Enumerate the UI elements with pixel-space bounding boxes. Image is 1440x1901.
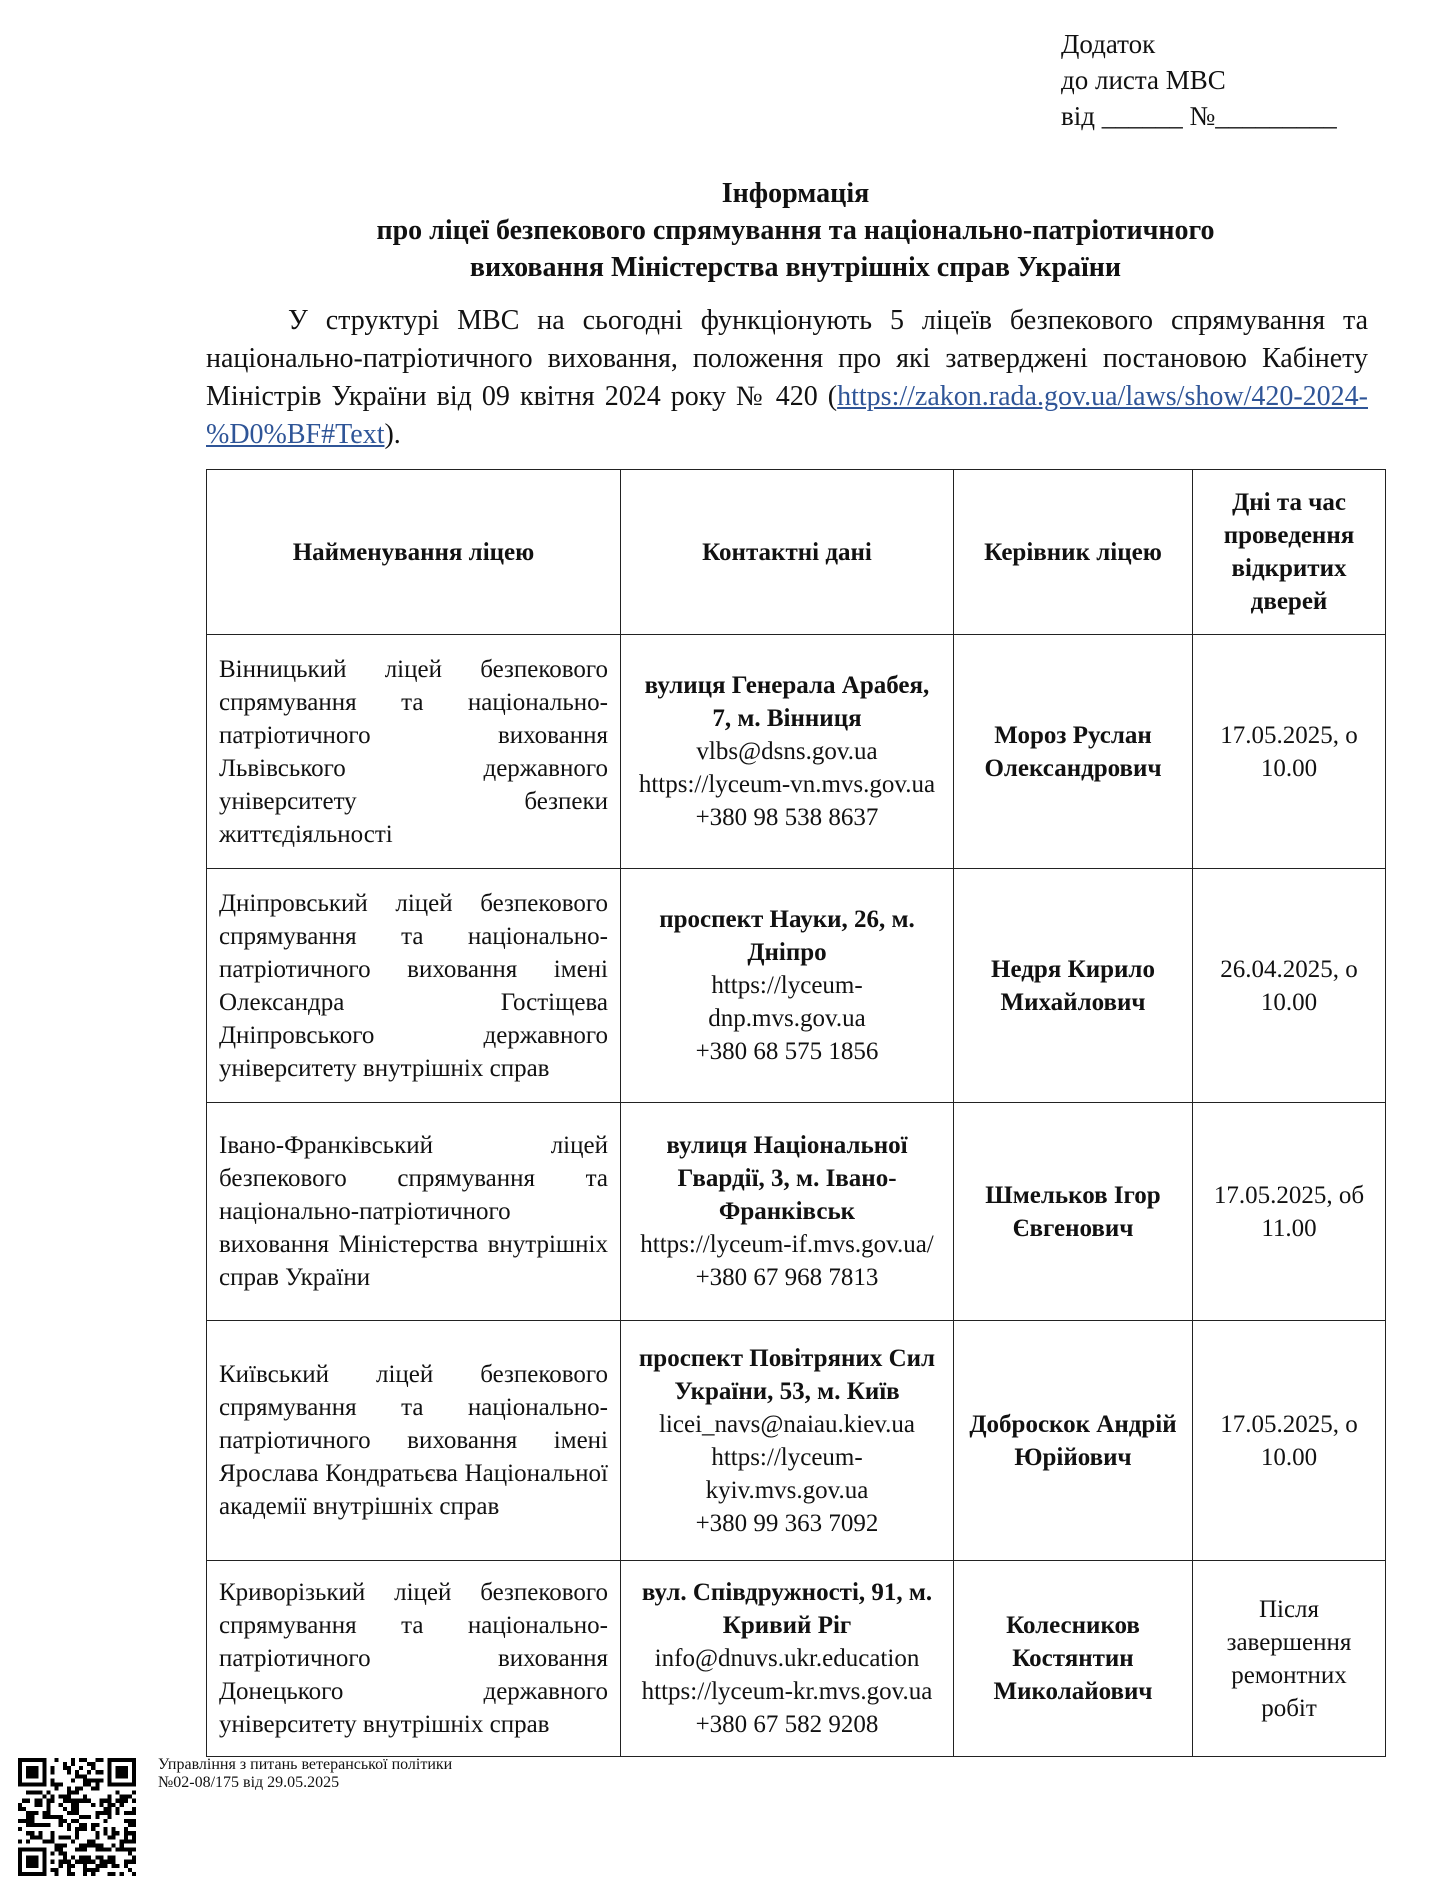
lyceum-phone: +380 99 363 7092	[633, 1507, 941, 1540]
intro-paragraph: У структурі МВС на сьогодні функціонують…	[206, 302, 1368, 454]
table-row: Вінницький ліцей безпекового спрямування…	[207, 635, 1386, 869]
lyceum-address: вулиця Генерала Арабея, 7, м. Вінниця	[633, 669, 941, 735]
lyceum-name: Івано-Франківський ліцей безпекового спр…	[207, 1103, 621, 1321]
column-header-contacts: Контактні дані	[621, 470, 954, 635]
lyceum-open-day: Після завершення ремонтних робіт	[1193, 1561, 1386, 1757]
lyceums-table: Найменування ліцею Контактні дані Керівн…	[206, 469, 1386, 1757]
lyceum-address: проспект Повітряних Сил України, 53, м. …	[633, 1342, 941, 1408]
annex-header: Додаток до листа МВС від ______ №_______…	[1061, 26, 1337, 134]
lyceum-phone: +380 67 968 7813	[633, 1261, 941, 1294]
lyceum-director: Недря Кирило Михайлович	[954, 869, 1193, 1103]
title-sub-line1: про ліцеї безпекового спрямування та нац…	[206, 212, 1385, 249]
lyceum-address: вул. Співдружності, 91, м. Кривий Ріг	[633, 1576, 941, 1642]
lyceum-name: Криворізький ліцей безпекового спрямуван…	[207, 1561, 621, 1757]
table-row: Криворізький ліцей безпекового спрямуван…	[207, 1561, 1386, 1757]
table-header-row: Найменування ліцею Контактні дані Керівн…	[207, 470, 1386, 635]
lyceum-contacts: проспект Повітряних Сил України, 53, м. …	[621, 1321, 954, 1561]
footer-text: Управління з питань ветеранської політик…	[158, 1756, 558, 1792]
lyceum-phone: +380 67 582 9208	[633, 1708, 941, 1741]
lyceum-website[interactable]: https://lyceum-dnp.mvs.gov.ua	[633, 969, 941, 1035]
lyceum-director: Шмельков Ігор Євгенович	[954, 1103, 1193, 1321]
intro-text-end: ).	[384, 419, 400, 450]
lyceum-address: вулиця Національної Гвардії, 3, м. Івано…	[633, 1129, 941, 1228]
lyceum-director: Колесников Костянтин Миколайович	[954, 1561, 1193, 1757]
lyceum-name: Вінницький ліцей безпекового спрямування…	[207, 635, 621, 869]
lyceum-director: Мороз Руслан Олександрович	[954, 635, 1193, 869]
lyceum-email[interactable]: info@dnuvs.ukr.education	[633, 1642, 941, 1675]
footer-reg-number: №02-08/175 від 29.05.2025	[158, 1774, 558, 1792]
lyceum-website[interactable]: https://lyceum-vn.mvs.gov.ua	[633, 768, 941, 801]
lyceum-open-day: 17.05.2025, об 11.00	[1193, 1103, 1386, 1321]
lyceum-open-day: 17.05.2025, о 10.00	[1193, 635, 1386, 869]
annex-label: Додаток	[1061, 26, 1337, 62]
lyceum-director: Доброскок Андрій Юрійович	[954, 1321, 1193, 1561]
annex-date-number: від ______ №_________	[1061, 98, 1337, 134]
lyceum-address: проспект Науки, 26, м. Дніпро	[633, 903, 941, 969]
lyceum-website[interactable]: https://lyceum-if.mvs.gov.ua/	[633, 1228, 941, 1261]
lyceum-contacts: проспект Науки, 26, м. Дніпроhttps://lyc…	[621, 869, 954, 1103]
lyceum-email[interactable]: vlbs@dsns.gov.ua	[633, 735, 941, 768]
title-sub-line2: виховання Міністерства внутрішніх справ …	[206, 249, 1385, 286]
document-title: Інформація про ліцеї безпекового спрямув…	[206, 175, 1385, 286]
footer-department: Управління з питань ветеранської політик…	[158, 1756, 558, 1774]
qr-code-icon	[18, 1752, 136, 1882]
column-header-director: Керівник ліцею	[954, 470, 1193, 635]
lyceum-contacts: вулиця Національної Гвардії, 3, м. Івано…	[621, 1103, 954, 1321]
lyceum-name: Київський ліцей безпекового спрямування …	[207, 1321, 621, 1561]
lyceum-contacts: вул. Співдружності, 91, м. Кривий Рігinf…	[621, 1561, 954, 1757]
lyceum-name: Дніпровський ліцей безпекового спрямуван…	[207, 869, 621, 1103]
lyceum-phone: +380 98 538 8637	[633, 801, 941, 834]
column-header-open-day: Дні та час проведення відкритих дверей	[1193, 470, 1386, 635]
table-row: Івано-Франківський ліцей безпекового спр…	[207, 1103, 1386, 1321]
lyceum-email[interactable]: licei_navs@naiau.kiev.ua	[633, 1408, 941, 1441]
table-row: Київський ліцей безпекового спрямування …	[207, 1321, 1386, 1561]
table-row: Дніпровський ліцей безпекового спрямуван…	[207, 869, 1386, 1103]
lyceum-open-day: 26.04.2025, о 10.00	[1193, 869, 1386, 1103]
lyceum-open-day: 17.05.2025, о 10.00	[1193, 1321, 1386, 1561]
column-header-name: Найменування ліцею	[207, 470, 621, 635]
lyceum-website[interactable]: https://lyceum-kr.mvs.gov.ua	[633, 1675, 941, 1708]
lyceum-contacts: вулиця Генерала Арабея, 7, м. Вінницяvlb…	[621, 635, 954, 869]
annex-letter-ref: до листа МВС	[1061, 62, 1337, 98]
lyceum-phone: +380 68 575 1856	[633, 1035, 941, 1068]
lyceum-website[interactable]: https://lyceum-kyiv.mvs.gov.ua	[633, 1441, 941, 1507]
title-main: Інформація	[206, 175, 1385, 212]
